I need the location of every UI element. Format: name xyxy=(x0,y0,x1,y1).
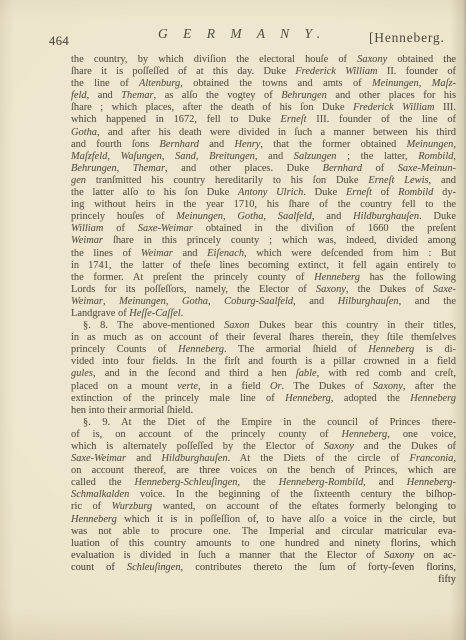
text-line: the line of Altenburg, obtained the town… xyxy=(71,78,456,90)
text-block: the country, by which diviſion the elect… xyxy=(71,54,456,586)
text-line: Landgrave of Heſſe-Caſſel. xyxy=(71,308,456,320)
text-line: was not able to procure one. The Imperia… xyxy=(71,526,456,538)
text-line: princely houſes of Meinungen, Gotha, Saa… xyxy=(71,211,456,223)
text-line: which happened in 1672, fell to Duke Ern… xyxy=(71,114,456,126)
text-line: Weimar, Meinungen, Gotha, Coburg-Saalfel… xyxy=(71,296,456,308)
text-line: Schmalkalden voice. In the beginning of … xyxy=(71,489,456,501)
text-line: gen tranſmitted his country hereditarily… xyxy=(71,175,456,187)
catchword: fifty xyxy=(71,574,456,586)
book-page: 464 G E R M A N Y. [Henneberg. the count… xyxy=(0,0,466,640)
page-number: 464 xyxy=(49,35,69,48)
text-line: the former. At preſent the princely coun… xyxy=(71,272,456,284)
text-line: on account thereof, are three voices on … xyxy=(71,465,456,477)
text-line: vided into four fields. In the firſt and… xyxy=(71,356,456,368)
text-line: princely Counts of Henneberg. The armori… xyxy=(71,344,456,356)
text-line: the lines of Weimar and Eiſenach, which … xyxy=(71,248,456,260)
text-line: count of Schleuſingen, contributes there… xyxy=(71,562,456,574)
text-line: gules, and in the ſecond and third a hen… xyxy=(71,368,456,380)
text-line: feld, and Themar, as alſo the vogtey of … xyxy=(71,90,456,102)
text-line: luation of this country amounts to one h… xyxy=(71,538,456,550)
text-line: of is, on account of the princely county… xyxy=(71,429,456,441)
running-head-section: [Henneberg. xyxy=(369,31,445,45)
text-line: ſhare it is poſſeſſed of at this day. Du… xyxy=(71,66,456,78)
text-line: ric of Wurzburg wanted, on account of th… xyxy=(71,501,456,513)
text-line: which is alternately poſſeſſed by the El… xyxy=(71,441,456,453)
running-title: G E R M A N Y. xyxy=(158,27,326,41)
text-line: §. 8. The above-mentioned Saxon Dukes be… xyxy=(71,320,456,332)
text-line: Maſzfeld, Waſungen, Sand, Breitungen, an… xyxy=(71,151,456,163)
text-line: in 1741, the latter of theſe lines becom… xyxy=(71,260,456,272)
text-line: in as much as on account of their ſevera… xyxy=(71,332,456,344)
text-line: Lords for its poſſeſſors, namely, the El… xyxy=(71,284,456,296)
text-line: Henneberg which it is in poſſeſſion of, … xyxy=(71,514,456,526)
text-line: called the Henneberg-Schleuſingen, the H… xyxy=(71,477,456,489)
text-line: the latter alſo to his ſon Duke Antony U… xyxy=(71,187,456,199)
text-line: Saxe-Weimar and Hildburghauſen. At the D… xyxy=(71,453,456,465)
text-line: William of Saxe-Weimar obtained in the d… xyxy=(71,223,456,235)
text-line: extinction of the princely male line of … xyxy=(71,393,456,405)
text-line: hen into their armorial ſhield. xyxy=(71,405,456,417)
text-line: evaluation is divided in ſuch a manner t… xyxy=(71,550,456,562)
text-line: ing without heirs in the year 1710, his … xyxy=(71,199,456,211)
text-line: Gotha, and after his death were divided … xyxy=(71,127,456,139)
text-line: the country, by which diviſion the elect… xyxy=(71,54,456,66)
text-line: §. 9. At the Diet of the Empire in the c… xyxy=(71,417,456,429)
text-line: and fourth ſons Bernhard and Henry, that… xyxy=(71,139,456,151)
text-line: Behrungen, Themar, and other places. Duk… xyxy=(71,163,456,175)
text-line: placed on a mount verte, in a field Or. … xyxy=(71,381,456,393)
text-line: ſhare ; which places, after the death of… xyxy=(71,102,456,114)
text-line: Weimar ſhare in this princely county ; w… xyxy=(71,235,456,247)
